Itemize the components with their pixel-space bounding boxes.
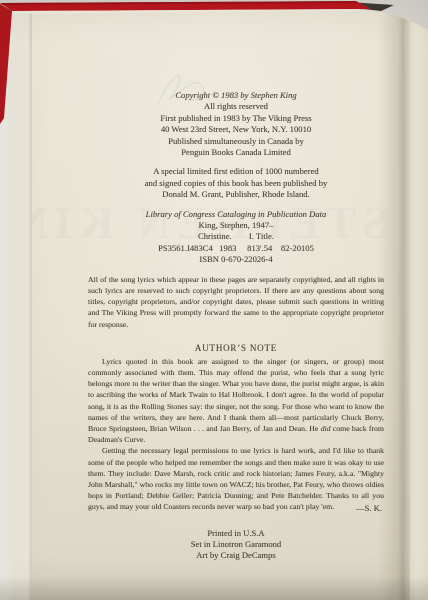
copyright-line: Copyright © 1983 by Stephen King: [88, 90, 384, 101]
edition-line: A special limited first edition of 1000 …: [88, 166, 384, 177]
cover-red-top-band-shade: [0, 1, 358, 5]
cip-block: Library of Congress Cataloging in Public…: [88, 209, 384, 266]
printed-text-area: Copyright © 1983 by Stephen King All rig…: [88, 90, 384, 562]
copyright-line: Penguin Books Canada Limited: [88, 147, 384, 158]
author-initials: —S. K.: [356, 503, 382, 513]
book-photo: STEPHEN KING The Viking Press · New York…: [0, 0, 428, 600]
copyright-block: Copyright © 1983 by Stephen King All rig…: [88, 90, 384, 158]
copyright-line: All rights reserved: [88, 101, 384, 112]
colophon-block: Printed in U.S.A Set in Linotron Garamon…: [88, 528, 384, 562]
cip-line: King, Stephen, 1947–: [88, 220, 384, 231]
facing-page-edge: [410, 18, 428, 600]
paragraph-text: Lyrics quoted in this book are assigned …: [88, 357, 384, 433]
emphasized-word: did: [321, 424, 331, 433]
colophon-line: Set in Linotron Garamond: [88, 539, 384, 550]
copyright-line: 40 West 23rd Street, New York, N.Y. 1001…: [88, 124, 384, 135]
colophon-line: Printed in U.S.A: [88, 528, 384, 539]
lyrics-copyright-notice: All of the song lyrics which appear in t…: [88, 274, 384, 330]
edition-line: and signed copies of this book has been …: [88, 178, 384, 189]
page-edge-stack: [3, 11, 32, 600]
authors-note-paragraph-2: Getting the necessary legal permissions …: [88, 445, 384, 512]
cip-line: PS3561.I483C4 1983 813'.54 82-20105: [88, 243, 384, 254]
page-edge-highlight: [0, 6, 3, 600]
cip-line: Christine. I. Title.: [88, 231, 384, 242]
edition-line: Donald M. Grant, Publisher, Rhode Island…: [88, 189, 384, 200]
limited-edition-block: A special limited first edition of 1000 …: [88, 166, 384, 200]
paragraph-text: Getting the necessary legal permissions …: [88, 445, 384, 512]
cip-heading: Library of Congress Cataloging in Public…: [88, 209, 384, 220]
colophon-line: Art by Craig DeCamps: [88, 550, 384, 561]
copyright-line: Published simultaneously in Canada by: [88, 136, 384, 147]
authors-note-heading: AUTHOR’S NOTE: [88, 342, 384, 354]
cip-line: ISBN 0-670-22026-4: [88, 254, 384, 265]
background-strip: [0, 0, 428, 3]
copyright-line: First published in 1983 by The Viking Pr…: [88, 113, 384, 124]
authors-note-paragraph-1: Lyrics quoted in this book are assigned …: [88, 356, 384, 446]
